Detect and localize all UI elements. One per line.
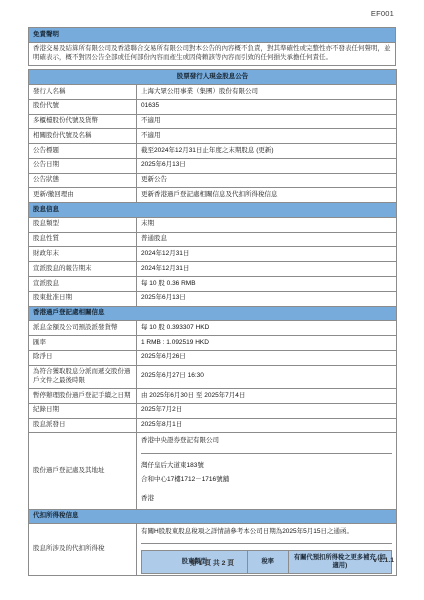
field-value: 由 2025年6月30日 至 2025年7月4日 (137, 389, 397, 404)
table-row: 股東批准日期2025年6月13日 (29, 291, 397, 306)
section-header-withholding-tax: 代扣所得稅信息 (29, 509, 397, 524)
registrar-address-line: 香港 (141, 492, 392, 506)
field-value: 2025年6月26日 (137, 350, 397, 365)
field-label: 公告標題 (29, 144, 137, 159)
table-row: 相關股份代號及名稱不適用 (29, 129, 397, 144)
withholding-tax-cell: 有關H股股東股息稅項之詳情請參考本公司日期為2025年5月15日之通函。 股東類… (137, 524, 397, 576)
field-label: 更新/撤回理由 (29, 188, 137, 203)
table-row: 更新/撤回理由更新香港過戶登記處相關信息及代扣所得稅信息 (29, 188, 397, 203)
field-label: 股息所涉及的代扣所得稅 (29, 524, 137, 576)
table-row: 股息類型末期 (29, 217, 397, 232)
table-row-withholding-tax: 股息所涉及的代扣所得稅 有關H股股東股息稅項之詳情請參考本公司日期為2025年5… (29, 524, 397, 576)
table-row: 宣派股息的報告期末2024年12月31日 (29, 262, 397, 277)
field-value: 每 10 股 0.393307 HKD (137, 321, 397, 336)
field-label: 股息性質 (29, 232, 137, 247)
registrar-address-line: 灣仔皇后大道東183號 (141, 460, 392, 474)
field-label: 宣派股息的報告期末 (29, 262, 137, 277)
field-label: 公告狀態 (29, 173, 137, 188)
registrar-address-line: 合和中心17樓1712－1716號舖 (141, 473, 392, 487)
form-code: EF001 (371, 9, 394, 18)
field-value: 1 RMB : 1.092519 HKD (137, 336, 397, 351)
field-value: 普通股息 (137, 232, 397, 247)
field-value: 2025年7月2日 (137, 403, 397, 418)
table-row: 發行人名稱上海大眾公用事業（集團）股份有限公司 (29, 85, 397, 100)
registrar-address-cell: 香港中央證券登記有限公司 灣仔皇后大道東183號 合和中心17樓1712－171… (137, 433, 397, 509)
field-label: 匯率 (29, 336, 137, 351)
field-value: 末期 (137, 217, 397, 232)
dividend-form-table: 股票發行人現金股息公告 發行人名稱上海大眾公用事業（集團）股份有限公司 股份代號… (28, 69, 397, 576)
document-body: 免責聲明 香港交易及結算所有限公司及香港聯合交易所有限公司對本公告的內容概不負責… (28, 27, 396, 576)
field-label: 財政年末 (29, 247, 137, 262)
field-label: 股東批准日期 (29, 291, 137, 306)
table-row: 除淨日2025年6月26日 (29, 350, 397, 365)
field-value: 2024年12月31日 (137, 247, 397, 262)
field-value: 更新香港過戶登記處相關信息及代扣所得稅信息 (137, 188, 397, 203)
field-label: 紀錄日期 (29, 403, 137, 418)
field-value: 2025年8月1日 (137, 418, 397, 433)
table-row: 多櫃檯股份代號及貨幣不適用 (29, 114, 397, 129)
version-label: v 1.1.1 (373, 557, 394, 564)
table-row: 公告狀態更新公告 (29, 173, 397, 188)
field-label: 宣派股息 (29, 277, 137, 292)
field-label: 股份過戶登記處及其地址 (29, 433, 137, 509)
field-value: 2025年6月13日 (137, 291, 397, 306)
field-value: 2024年12月31日 (137, 262, 397, 277)
field-value: 不適用 (137, 114, 397, 129)
section-header-hk-registrar: 香港過戶登記處相關信息 (29, 306, 397, 321)
table-row: 公告日期2025年6月13日 (29, 158, 397, 173)
registrar-name: 香港中央證券登記有限公司 (141, 436, 392, 454)
field-label: 股息類型 (29, 217, 137, 232)
table-row: 股息性質普通股息 (29, 232, 397, 247)
disclaimer-table: 免責聲明 香港交易及結算所有限公司及香港聯合交易所有限公司對本公告的內容概不負責… (28, 27, 396, 66)
disclaimer-text: 香港交易及結算所有限公司及香港聯合交易所有限公司對本公告的內容概不負責，對其準確… (29, 42, 396, 66)
table-row: 暫停辦理股份過戶登記手續之日期由 2025年6月30日 至 2025年7月4日 (29, 389, 397, 404)
field-label: 股份代號 (29, 99, 137, 114)
field-value: 2025年6月13日 (137, 158, 397, 173)
table-row: 紀錄日期2025年7月2日 (29, 403, 397, 418)
table-row: 為符合獲取股息分派而遞交股份過戶文件之最後時限2025年6月27日 16:30 (29, 365, 397, 389)
field-label: 公告日期 (29, 158, 137, 173)
table-row: 匯率1 RMB : 1.092519 HKD (29, 336, 397, 351)
field-label: 股息派發日 (29, 418, 137, 433)
table-row: 財政年末2024年12月31日 (29, 247, 397, 262)
section-header-dividend-info: 股息信息 (29, 203, 397, 218)
page-indicator: 第 1 頁 共 2 頁 (0, 557, 424, 567)
field-value: 不適用 (137, 129, 397, 144)
table-row: 宣派股息每 10 股 0.36 RMB (29, 277, 397, 292)
field-value: 2025年6月27日 16:30 (137, 365, 397, 389)
field-value: 上海大眾公用事業（集團）股份有限公司 (137, 85, 397, 100)
field-label: 派息金額及公司預設派發貨幣 (29, 321, 137, 336)
field-label: 暫停辦理股份過戶登記手續之日期 (29, 389, 137, 404)
document-title: 股票發行人現金股息公告 (29, 70, 397, 85)
field-value: 截至2024年12月31日止年度之末期股息 (更新) (137, 144, 397, 159)
field-label: 為符合獲取股息分派而遞交股份過戶文件之最後時限 (29, 365, 137, 389)
field-value: 更新公告 (137, 173, 397, 188)
field-label: 發行人名稱 (29, 85, 137, 100)
table-row: 股息派發日2025年8月1日 (29, 418, 397, 433)
withholding-tax-notice: 有關H股股東股息稅項之詳情請參考本公司日期為2025年5月15日之通函。 (141, 527, 392, 544)
field-label: 除淨日 (29, 350, 137, 365)
field-value: 01635 (137, 99, 397, 114)
disclaimer-section-header: 免責聲明 (29, 28, 396, 43)
field-label: 相關股份代號及名稱 (29, 129, 137, 144)
field-label: 多櫃檯股份代號及貨幣 (29, 114, 137, 129)
table-row: 派息金額及公司預設派發貨幣每 10 股 0.393307 HKD (29, 321, 397, 336)
table-row-registrar-address: 股份過戶登記處及其地址 香港中央證券登記有限公司 灣仔皇后大道東183號 合和中… (29, 433, 397, 509)
table-row: 股份代號01635 (29, 99, 397, 114)
field-value: 每 10 股 0.36 RMB (137, 277, 397, 292)
table-row: 公告標題截至2024年12月31日止年度之末期股息 (更新) (29, 144, 397, 159)
